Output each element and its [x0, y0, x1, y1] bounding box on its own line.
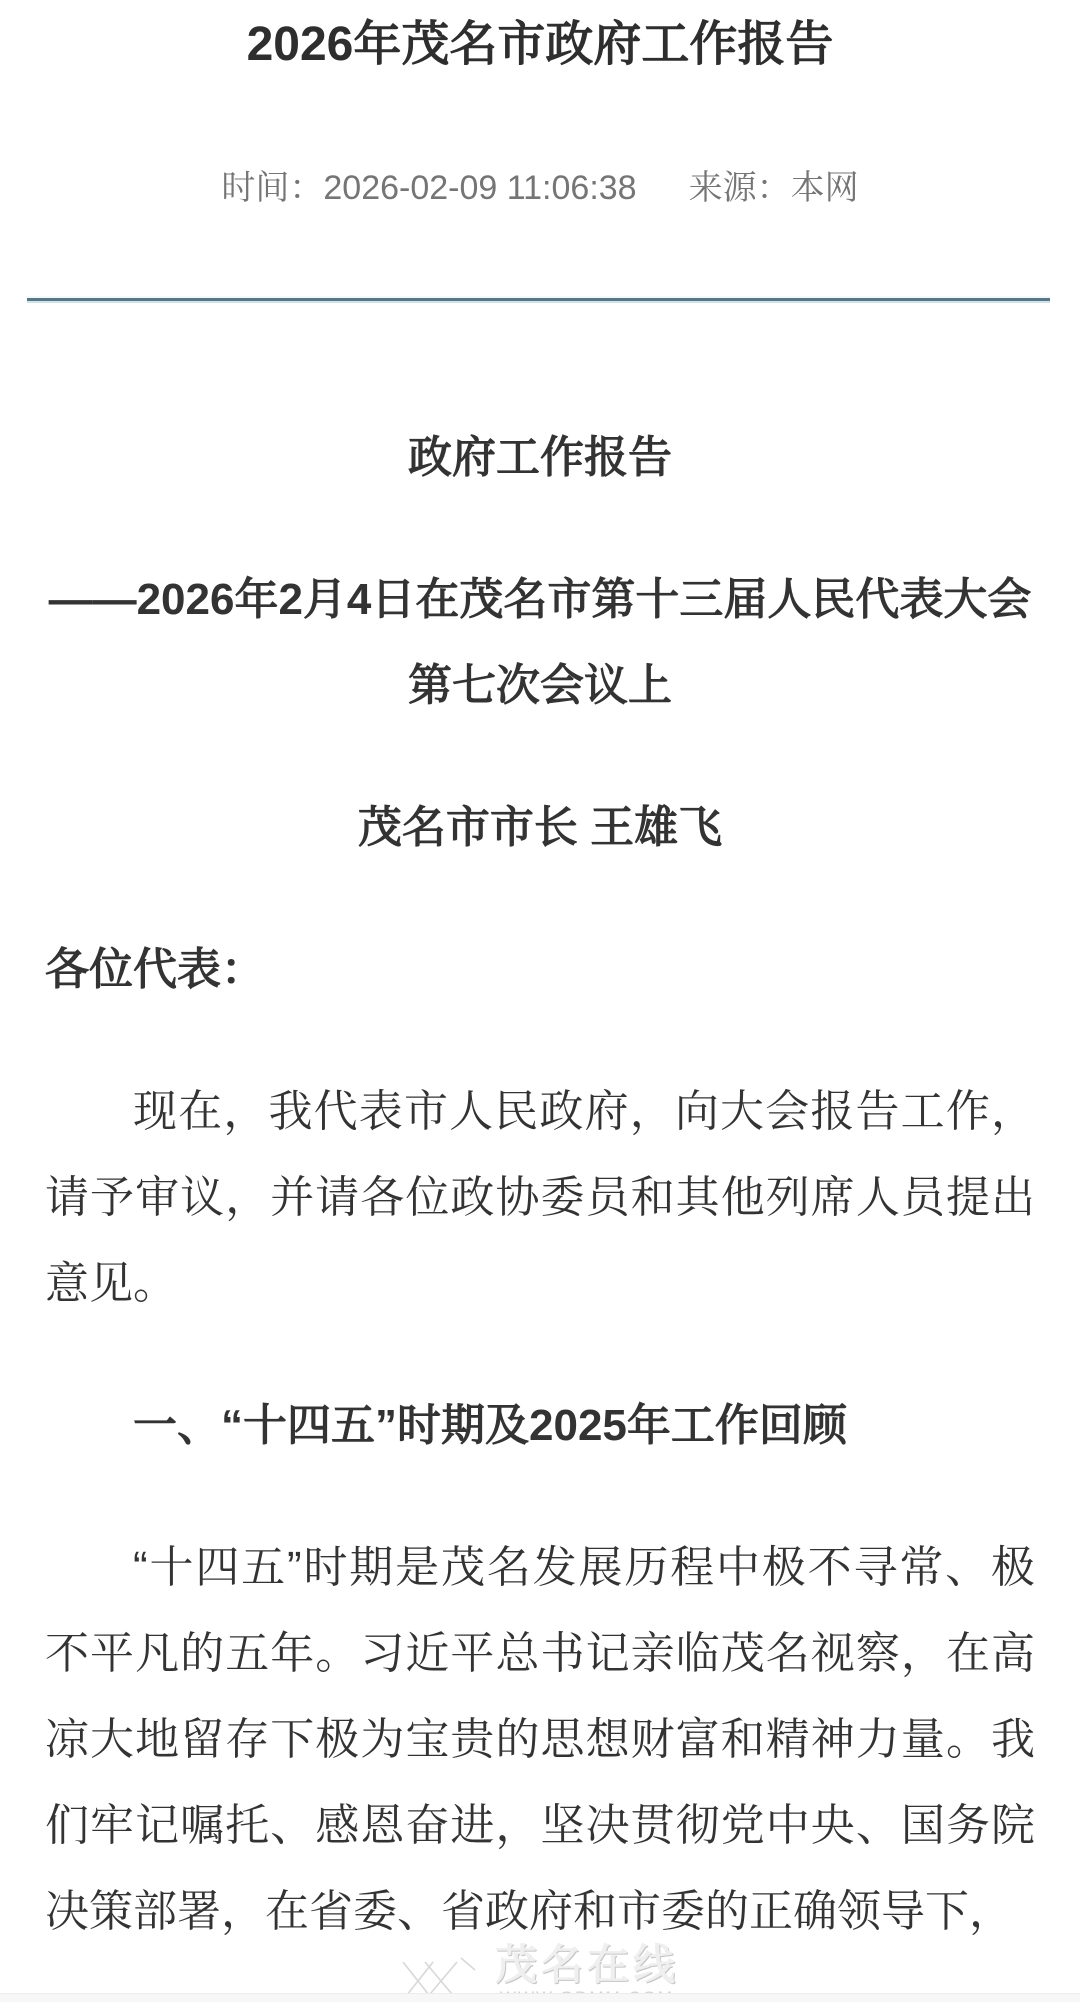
doc-subtitle: ——2026年2月4日在茂名市第十三届人民代表大会第七次会议上 — [45, 557, 1035, 729]
divider-line — [27, 296, 1050, 303]
doc-title: 政府工作报告 — [45, 415, 1035, 501]
source-label: 来源： — [689, 169, 791, 207]
speaker-line: 茂名市市长 王雄飞 — [45, 785, 1035, 871]
source: 来源：本网 — [689, 166, 859, 210]
page-title: 2026年茂名市政府工作报告 — [50, 14, 1030, 76]
section-heading-1: 一、“十四五”时期及2025年工作回顾 — [45, 1383, 1035, 1469]
publish-time-value: 2026-02-09 11:06:38 — [323, 169, 636, 207]
salutation: 各位代表： — [45, 927, 1035, 1013]
source-value: 本网 — [791, 169, 859, 207]
publish-time: 时间：2026-02-09 11:06:38 — [221, 166, 636, 210]
article-body: 政府工作报告 ——2026年2月4日在茂名市第十三届人民代表大会第七次会议上 茂… — [0, 303, 1080, 1955]
paragraph-review: “十四五”时期是茂名发展历程中极不寻常、极不平凡的五年。习近平总书记亲临茂名视察… — [45, 1525, 1035, 1955]
paragraph-intro: 现在，我代表市人民政府，向大会报告工作，请予审议，并请各位政协委员和其他列席人员… — [45, 1069, 1035, 1327]
article-meta: 时间：2026-02-09 11:06:38 来源：本网 — [0, 166, 1080, 210]
publish-time-label: 时间： — [221, 169, 323, 207]
footer-strip — [0, 1993, 1080, 2002]
